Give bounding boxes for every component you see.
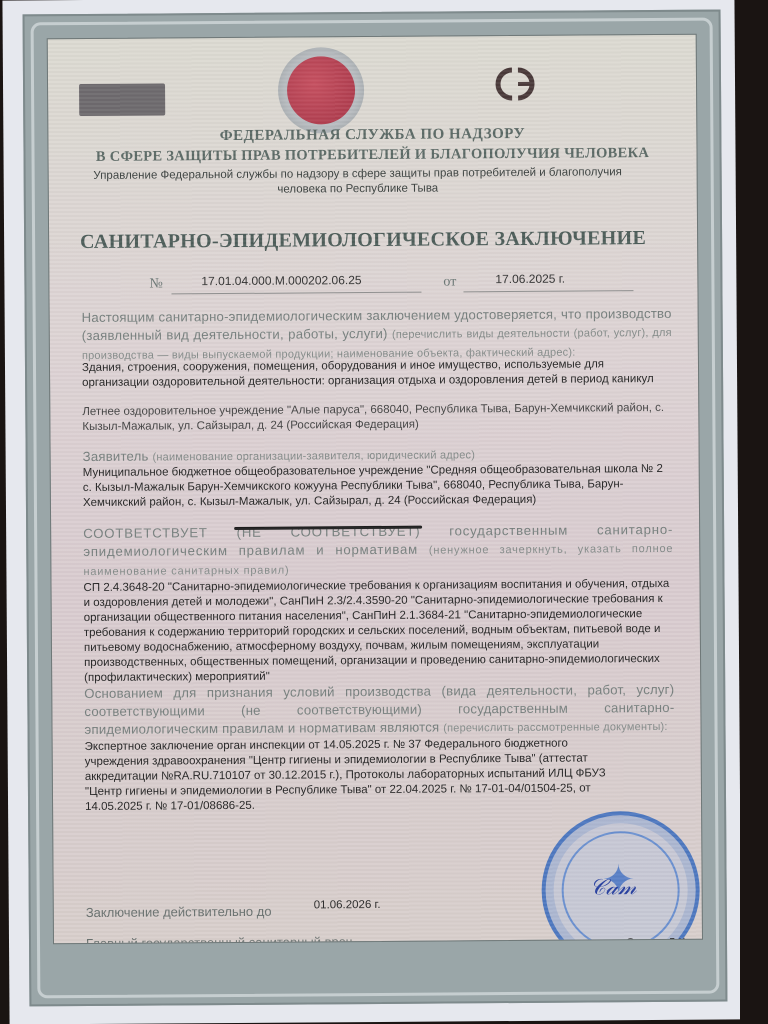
certificate-sheet: ФЕДЕРАЛЬНАЯ СЛУЖБА ПО НАДЗОРУ В СФЕРЕ ЗА… [2, 0, 741, 1024]
basis-documents: Экспертное заключение орган инспекции от… [85, 736, 676, 815]
validity-label: Заключение действительно до [86, 904, 272, 920]
department-name: Управление Федеральной службы по надзору… [49, 165, 667, 199]
document-number-line: № 17.01.04.000.М.000202.06.25 от 17.06.2… [149, 271, 629, 294]
activity-description: Здания, строения, сооружения, помещения,… [82, 357, 672, 391]
sanitary-rules: СП 2.4.3648-20 "Санитарно-эпидемиологиче… [83, 577, 674, 686]
intro-section: Настоящим санитарно-эпидемиологическим з… [82, 305, 673, 435]
agency-name-line1: ФЕДЕРАЛЬНАЯ СЛУЖБА ПО НАДЗОРУ [48, 125, 696, 147]
basis-hint: (перечислить рассмотренные документы): [443, 721, 668, 735]
document-title: САНИТАРНО-ЭПИДЕМИОЛОГИЧЕСКОЕ ЗАКЛЮЧЕНИЕ [49, 227, 677, 254]
signatory-name: Сапчак Л.К. [626, 937, 688, 944]
compliance-section: СООТВЕТСТВУЕТ (НЕ СООТВЕТСТВУЕТ) государ… [83, 521, 674, 686]
se-logo-icon [488, 64, 552, 104]
not-complies-struck-text: (НЕ СООТВЕТСТВУЕТ) [237, 524, 421, 540]
applicant-hint: (наименование организации-заявителя, юри… [152, 449, 475, 463]
applicant-section: Заявитель (наименование организации-заяв… [83, 445, 673, 511]
certificate-body: ФЕДЕРАЛЬНАЯ СЛУЖБА ПО НАДЗОРУ В СФЕРЕ ЗА… [47, 34, 703, 945]
object-address: Летнее оздоровительное учреждение "Алые … [82, 401, 672, 435]
signatory-title-line1: Главный государственный санитарный врач [86, 932, 453, 944]
background-surface [740, 0, 768, 1024]
basis-section: Основанием для признания условий произво… [84, 681, 675, 815]
document-date: 17.06.2025 г. [495, 272, 565, 286]
number-label: № [149, 276, 162, 292]
guilloche-frame: ФЕДЕРАЛЬНАЯ СЛУЖБА ПО НАДЗОРУ В СФЕРЕ ЗА… [23, 10, 728, 1007]
document-number: 17.01.04.000.М.000202.06.25 [201, 273, 361, 288]
applicant-label: Заявитель [83, 449, 149, 464]
signatory-title: Главный государственный санитарный врач … [86, 932, 453, 944]
validity-date: 01.06.2026 г. [314, 899, 381, 911]
date-label: от [443, 274, 456, 290]
hologram-seal-icon [278, 47, 365, 134]
complies-text: СООТВЕТСТВУЕТ [83, 525, 208, 541]
signature-icon: 𝒞𝒶𝓂 [590, 875, 637, 900]
security-plate-icon [79, 83, 165, 116]
agency-name-line2: В СФЕРЕ ЗАЩИТЫ ПРАВ ПОТРЕБИТЕЛЕЙ И БЛАГО… [48, 145, 696, 167]
applicant-value: Муниципальное бюджетное общеобразователь… [83, 462, 673, 511]
